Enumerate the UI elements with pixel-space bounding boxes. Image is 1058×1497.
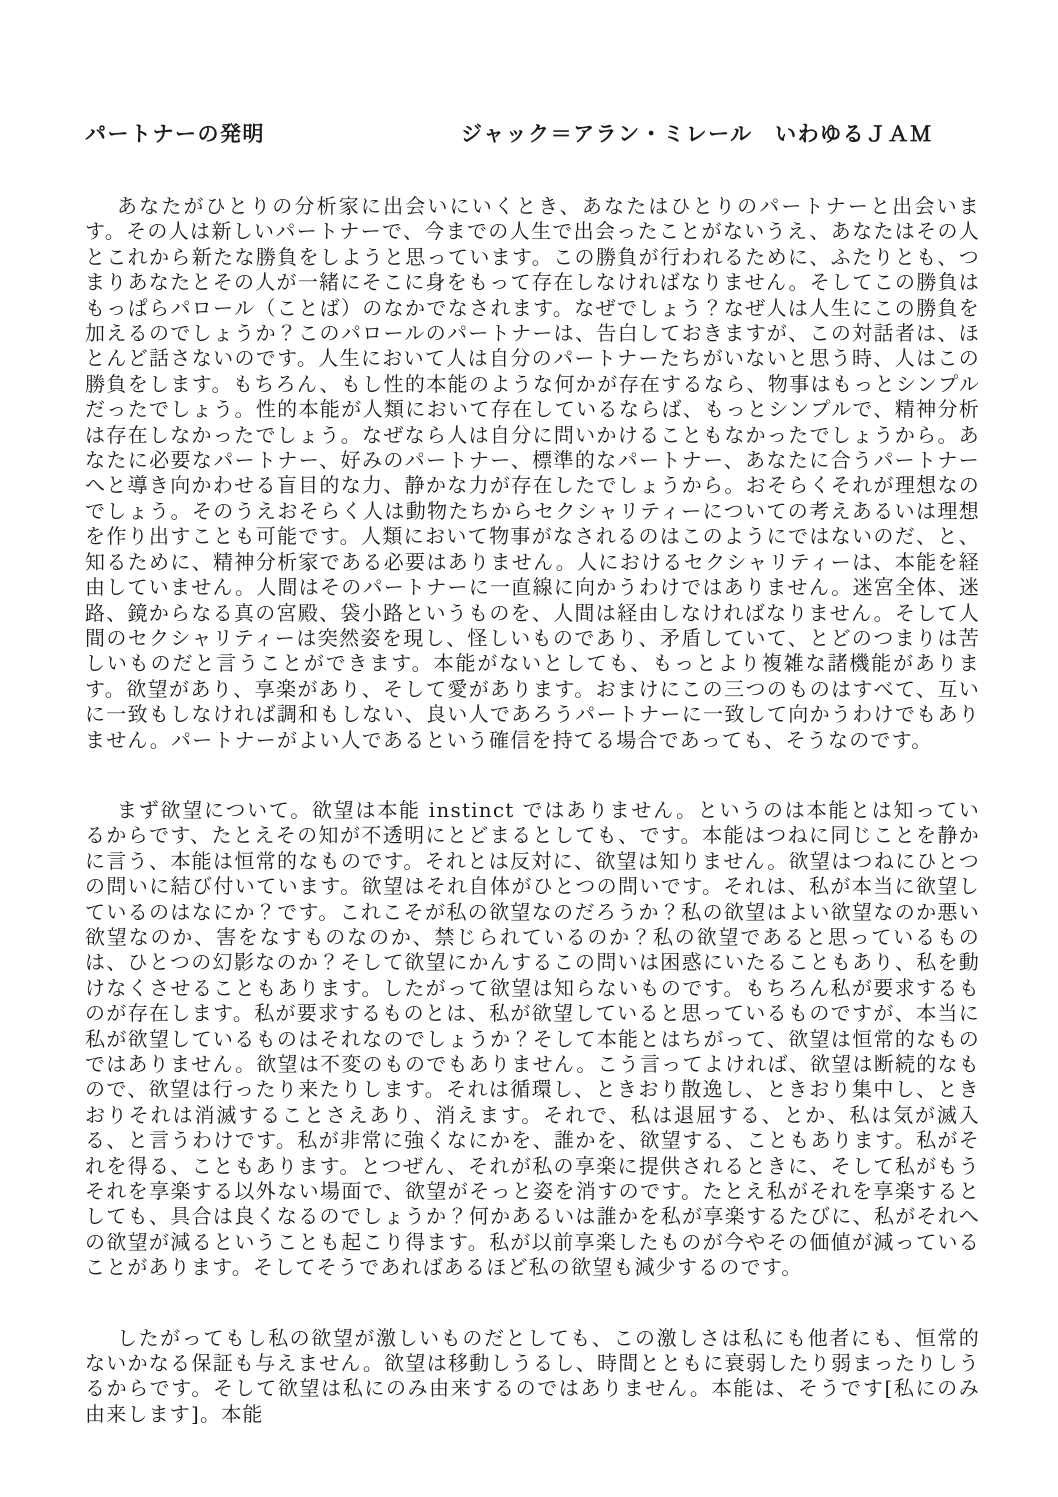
- paragraph-3: したがってもし私の欲望が激しいものだとしても、この激しさは私にも他者にも、恒常的…: [85, 1326, 980, 1428]
- paragraph-2: まず欲望について。欲望は本能 instinct ではありません。というのは本能と…: [85, 798, 980, 1281]
- document-header: パートナーの発明 ジャック＝アラン・ミレール いわゆるＪＡＭ: [85, 121, 980, 147]
- paragraph-1: あなたがひとりの分析家に出会いにいくとき、あなたはひとりのパートナーと出会います…: [85, 194, 980, 753]
- document-author: ジャック＝アラン・ミレール いわゆるＪＡＭ: [461, 121, 933, 147]
- document-title: パートナーの発明: [85, 121, 265, 147]
- document-page: パートナーの発明 ジャック＝アラン・ミレール いわゆるＪＡＭ あなたがひとりの分…: [0, 0, 1058, 1497]
